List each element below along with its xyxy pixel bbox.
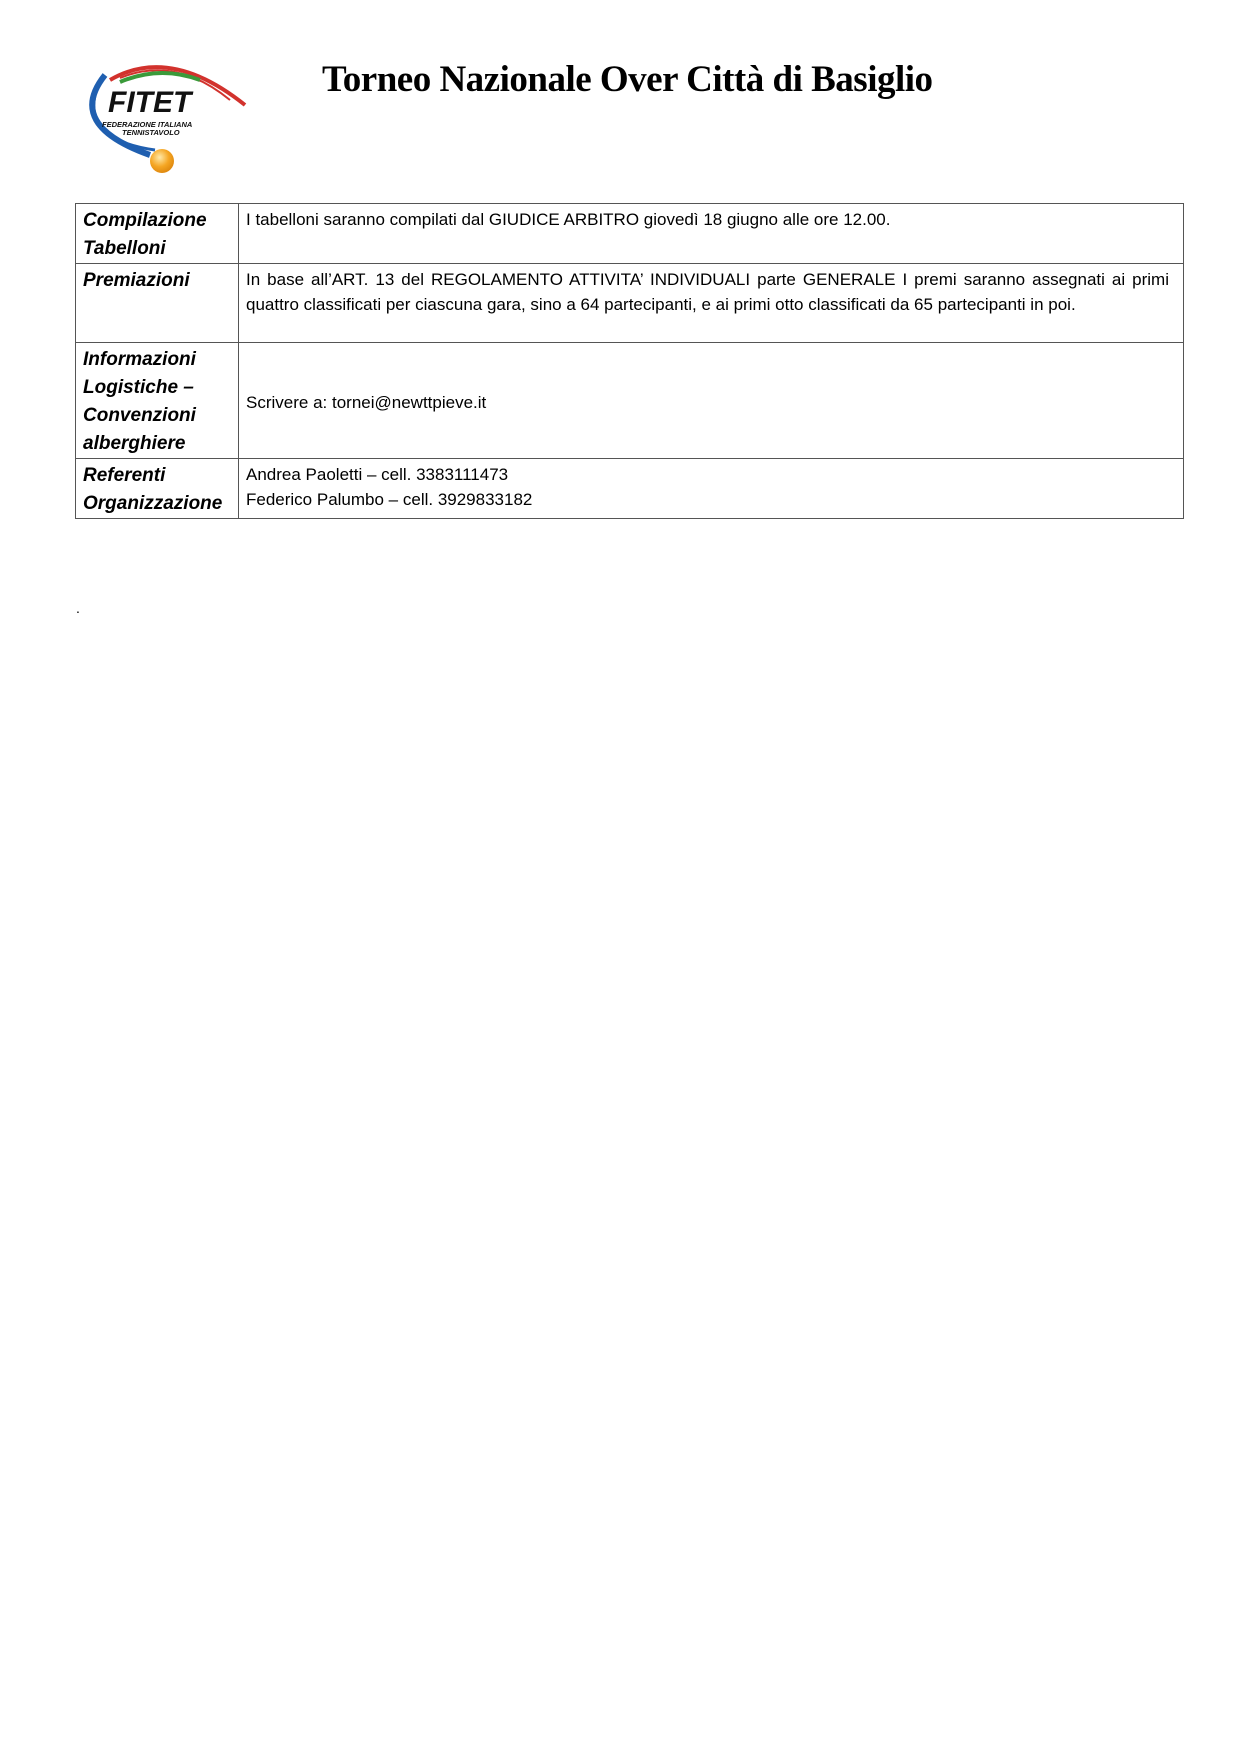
row-label-premiazioni: Premiazioni (76, 264, 239, 343)
table-row: Compilazione Tabelloni I tabelloni saran… (76, 204, 1184, 264)
contact-1: Andrea Paoletti – cell. 3383111473 (246, 462, 1169, 487)
email-link[interactable]: tornei@newttpieve.it (332, 393, 486, 412)
row-value-referenti: Andrea Paoletti – cell. 3383111473 Feder… (239, 459, 1184, 519)
row-label-referenti: Referenti Organizzazione (76, 459, 239, 519)
row-value-informazioni: Scrivere a: tornei@newttpieve.it (239, 343, 1184, 459)
ball-icon (150, 149, 174, 173)
row-label-compilazione: Compilazione Tabelloni (76, 204, 239, 264)
row-label-informazioni: Informazioni Logistiche – Convenzioni al… (76, 343, 239, 459)
row-value-premiazioni: In base all’ART. 13 del REGOLAMENTO ATTI… (239, 264, 1184, 343)
contact-2: Federico Palumbo – cell. 3929833182 (246, 487, 1169, 512)
page-title: Torneo Nazionale Over Città di Basiglio (322, 58, 933, 101)
row-value-compilazione: I tabelloni saranno compilati dal GIUDIC… (239, 204, 1184, 264)
fitet-logo: FITET FEDERAZIONE ITALIANA TENNISTAVOLO (80, 50, 255, 175)
table-row: Premiazioni In base all’ART. 13 del REGO… (76, 264, 1184, 343)
table-row: Informazioni Logistiche – Convenzioni al… (76, 343, 1184, 459)
footer-dot: . (76, 600, 80, 616)
svg-text:FITET: FITET (108, 86, 194, 119)
table-row: Referenti Organizzazione Andrea Paoletti… (76, 459, 1184, 519)
svg-text:TENNISTAVOLO: TENNISTAVOLO (122, 128, 180, 137)
info-table: Compilazione Tabelloni I tabelloni saran… (75, 203, 1184, 519)
